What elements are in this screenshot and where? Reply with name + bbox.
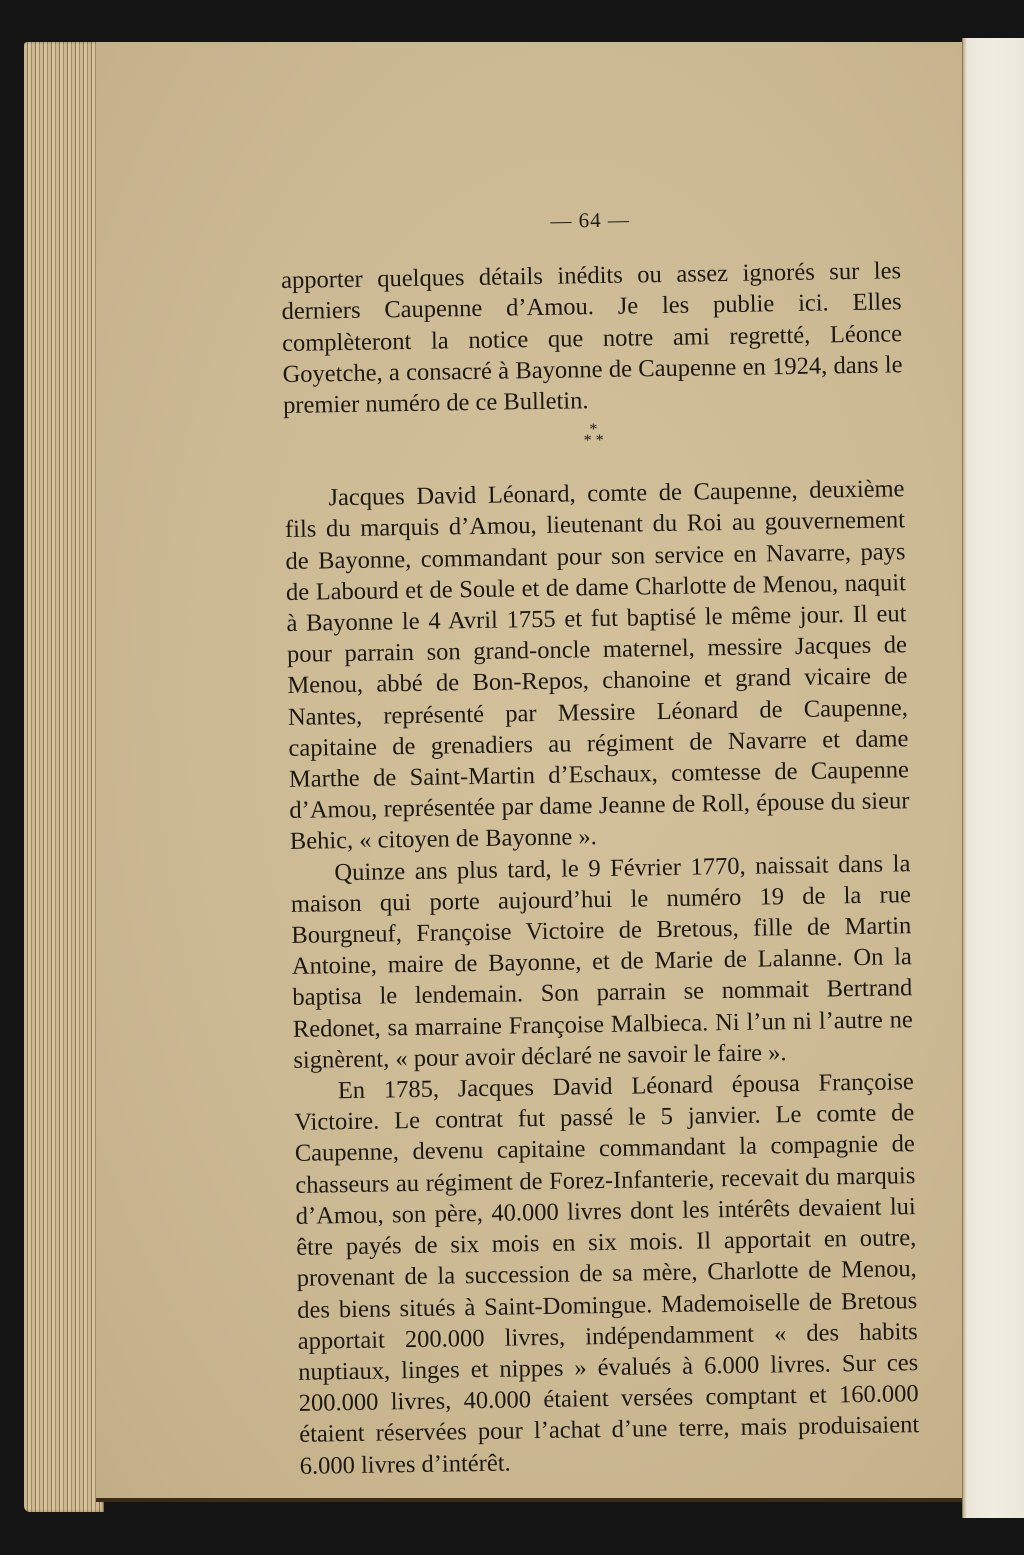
paragraph-marriage: En 1785, Jacques David Léonard épousa Fr… xyxy=(294,1066,920,1481)
paragraph-birth-francoise: Quinze ans plus tard, le 9 Février 1770,… xyxy=(290,848,913,1076)
page-text-block: — 64 — apporter quelques détails inédits… xyxy=(280,200,920,1481)
page-edges-stack xyxy=(24,42,104,1512)
paragraph-intro: apporter quelques détails inédits ou ass… xyxy=(281,255,903,421)
facing-page-edge xyxy=(962,38,1024,1518)
paragraph-birth-jacques: Jacques David Léonard, comte de Caupenne… xyxy=(284,473,910,857)
asterism-divider: * * * xyxy=(283,419,903,451)
